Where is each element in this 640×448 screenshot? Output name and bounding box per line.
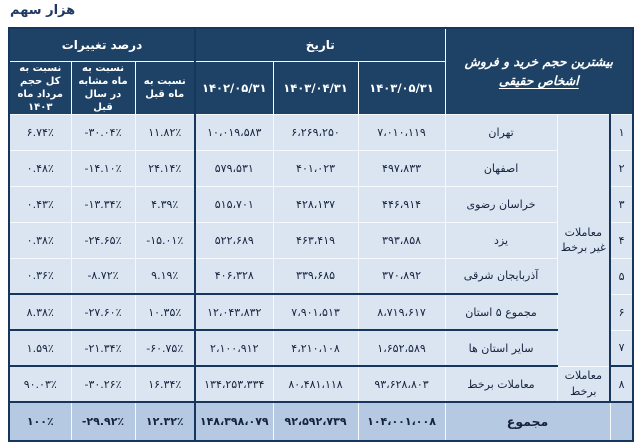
cell-volume: ۹۲،۵۹۲،۷۳۹ [273,402,358,441]
cell-volume: ۵۲۲،۶۸۹ [195,222,273,258]
row-label: سایر استان ها [445,330,557,366]
cell-pct: -۲۷.۶۰٪ [71,294,135,330]
row-number: ۸ [610,366,633,402]
row-number: ۶ [610,294,633,330]
row-label: اصفهان [445,150,557,186]
cell-volume: ۹۳،۶۲۸،۸۰۳ [358,366,445,402]
cell-pct: ۱۶.۳۴٪ [135,366,195,402]
cell-pct: ۹۰.۰۳٪ [9,366,71,402]
cell-volume: ۱،۶۵۲،۵۸۹ [358,330,445,366]
pct-col-header-0: نسبت به ماه قبل [135,61,195,114]
cell-pct: -۸.۷۲٪ [71,258,135,294]
cell-pct: -۱۳.۳۴٪ [71,186,135,222]
header-date-group: تاریخ [195,28,445,61]
table-subtitle: اشخاص حقیقی [448,71,631,90]
table-row-isfahan: ۲ اصفهان ۴۹۷،۸۳۳ ۴۰۱،۰۲۳ ۵۷۹،۵۳۱ ۲۴.۱۴٪ … [9,150,633,186]
cell-volume: ۵۱۵،۷۰۱ [195,186,273,222]
cell-volume: ۱۰،۰۱۹،۵۸۳ [195,114,273,150]
cell-volume: ۲،۱۰۰،۹۱۲ [195,330,273,366]
date-col-header-1: ۱۴۰۳/۰۴/۳۱ [273,61,358,114]
pct-col-header-2: نسبت به کل حجم مرداد ماه ۱۴۰۳ [9,61,71,114]
cell-volume: ۱۲،۰۴۳،۸۳۲ [195,294,273,330]
cell-pct: ۱۰.۳۵٪ [135,294,195,330]
cell-pct: -۳۰.۲۶٪ [71,366,135,402]
row-label: آذربایجان شرقی [445,258,557,294]
cell-volume: ۷،۹۰۱،۵۱۳ [273,294,358,330]
row-label: تهران [445,114,557,150]
row-label: خراسان رضوی [445,186,557,222]
cell-pct: -۲۱.۳۴٪ [71,330,135,366]
cell-volume: ۴۴۶،۹۱۴ [358,186,445,222]
cell-volume: ۴۶۳،۴۱۹ [273,222,358,258]
date-col-header-2: ۱۴۰۲/۰۵/۳۱ [195,61,273,114]
cell-pct: -۳۰.۰۴٪ [71,114,135,150]
unit-label: هزار سهم [10,3,75,18]
cell-pct: ۱۲.۳۲٪ [135,402,195,441]
cell-volume: ۱۴۸،۳۹۸،۰۷۹ [195,402,273,441]
table-row-online-trades: ۸ معاملات برخط معاملات برخط ۹۳،۶۲۸،۸۰۳ ۸… [9,366,633,402]
row-label: مجموع ۵ استان [445,294,557,330]
table-row-khorasan-razavi: ۳ خراسان رضوی ۴۴۶،۹۱۴ ۴۲۸،۱۳۷ ۵۱۵،۷۰۱ ۴.… [9,186,633,222]
row-label: یزد [445,222,557,258]
cell-pct: ۴.۳۹٪ [135,186,195,222]
cell-pct: -۱۵.۰۱٪ [135,222,195,258]
header-pct-group: درصد تغییرات [9,28,195,61]
cell-pct: -۲۹.۹۲٪ [71,402,135,441]
cell-pct: ۰.۳۸٪ [9,222,71,258]
cell-volume: ۴۰۱،۰۲۳ [273,150,358,186]
cell-volume: ۱۰۴،۰۰۱،۰۰۸ [358,402,445,441]
row-number: ۴ [610,222,633,258]
cell-volume: ۳۷۰،۸۹۲ [358,258,445,294]
cell-volume: ۷،۰۱۰،۱۱۹ [358,114,445,150]
cell-pct: -۶۰.۷۵٪ [135,330,195,366]
date-col-header-0: ۱۴۰۳/۰۵/۳۱ [358,61,445,114]
cell-volume: ۵۷۹،۵۳۱ [195,150,273,186]
row-number: ۲ [610,150,633,186]
cell-volume: ۸۰،۴۸۱،۱۱۸ [273,366,358,402]
table-row-yazd: ۴ یزد ۳۹۳،۸۵۸ ۴۶۳،۴۱۹ ۵۲۲،۶۸۹ -۱۵.۰۱٪ -۲… [9,222,633,258]
trade-volume-table: بیشترین حجم خرید و فروش اشخاص حقیقی تاری… [8,27,634,442]
cell-pct: ۰.۳۶٪ [9,258,71,294]
row-number: ۵ [610,258,633,294]
cell-pct: ۱۱.۸۲٪ [135,114,195,150]
report-canvas: هزار سهم بیشترین حجم خرید و فروش اشخاص ح… [0,0,640,448]
cell-volume: ۱۳۴،۲۵۳،۳۳۴ [195,366,273,402]
table-row-tehran: ۱ معاملات غیر برخط تهران ۷،۰۱۰،۱۱۹ ۶،۲۶۹… [9,114,633,150]
cell-pct: ۰.۴۳٪ [9,186,71,222]
cell-pct: ۰.۴۸٪ [9,150,71,186]
cell-pct: ۱.۵۹٪ [9,330,71,366]
table-title: بیشترین حجم خرید و فروش [448,52,631,71]
cell-volume: ۴،۲۱۰،۱۰۸ [273,330,358,366]
cell-volume: ۴۰۶،۳۲۸ [195,258,273,294]
table-row-other-provinces: ۷ سایر استان ها ۱،۶۵۲،۵۸۹ ۴،۲۱۰،۱۰۸ ۲،۱۰… [9,330,633,366]
row-number-empty [610,402,633,441]
row-label: معاملات برخط [445,366,557,402]
cell-pct: -۱۴.۱۰٪ [71,150,135,186]
cell-volume: ۴۹۷،۸۳۳ [358,150,445,186]
cell-volume: ۶،۲۶۹،۲۵۰ [273,114,358,150]
cell-pct: ۸.۳۸٪ [9,294,71,330]
cell-pct: ۲۴.۱۴٪ [135,150,195,186]
table-title-cell: بیشترین حجم خرید و فروش اشخاص حقیقی [445,28,633,114]
group-offline-label: معاملات غیر برخط [557,114,610,366]
cell-volume: ۳۳۹،۶۸۵ [273,258,358,294]
cell-pct: -۲۴.۶۵٪ [71,222,135,258]
row-number: ۷ [610,330,633,366]
cell-volume: ۴۲۸،۱۳۷ [273,186,358,222]
cell-volume: ۳۹۳،۸۵۸ [358,222,445,258]
cell-pct: ۹.۱۹٪ [135,258,195,294]
cell-pct: ۶.۷۴٪ [9,114,71,150]
table-row-east-azerbaijan: ۵ آذربایجان شرقی ۳۷۰،۸۹۲ ۳۳۹،۶۸۵ ۴۰۶،۳۲۸… [9,258,633,294]
table-row-total: مجموع ۱۰۴،۰۰۱،۰۰۸ ۹۲،۵۹۲،۷۳۹ ۱۴۸،۳۹۸،۰۷۹… [9,402,633,441]
cell-pct: ۱۰۰٪ [9,402,71,441]
table-row-sum-5-provinces: ۶ مجموع ۵ استان ۸،۷۱۹،۶۱۷ ۷،۹۰۱،۵۱۳ ۱۲،۰… [9,294,633,330]
cell-volume: ۸،۷۱۹،۶۱۷ [358,294,445,330]
row-number: ۳ [610,186,633,222]
group-online-label: معاملات برخط [557,366,610,402]
row-label: مجموع [445,402,610,441]
row-number: ۱ [610,114,633,150]
pct-col-header-1: نسبت به ماه مشابه در سال قبل [71,61,135,114]
